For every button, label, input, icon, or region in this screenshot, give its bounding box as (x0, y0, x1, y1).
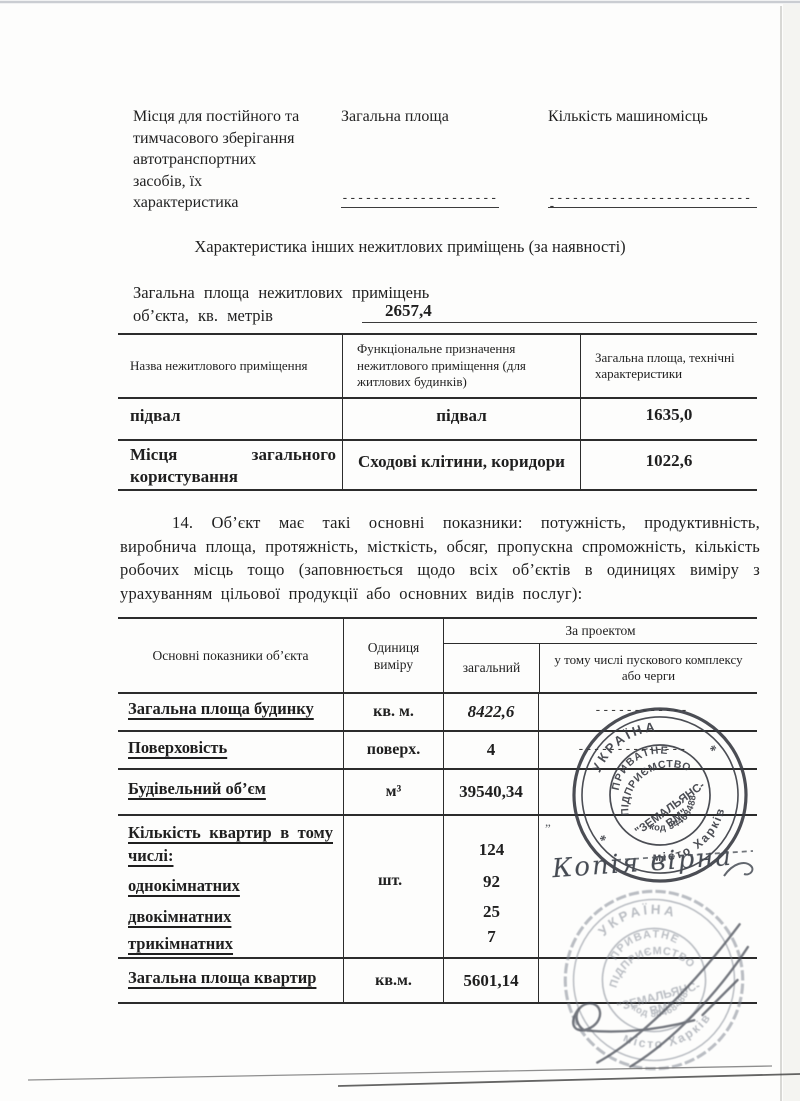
col-header-purpose: Функціональне призначення нежитлового пр… (342, 335, 580, 397)
indicator-sublabel-one-room: однокімнатних (128, 876, 240, 895)
apartments-total: 124 (444, 840, 539, 860)
indicator-label: Загальна площа будинку (128, 699, 314, 718)
table-row: Місця загального користування Сходові кл… (118, 439, 757, 489)
col-header-launch-complex: у тому числі пускового комплексу або чер… (539, 644, 757, 692)
indicator-unit: кв. м. (373, 703, 414, 721)
indicator-label: Загальна площа квартир (128, 968, 316, 987)
paragraph-14: 14. Об’єкт має такі основні показники: п… (120, 511, 760, 605)
apartments-one-room-count: 92 (444, 872, 539, 892)
scanned-document-page: Місця для постійного та тимчасового збер… (0, 0, 800, 1101)
apartments-two-room-count: 25 (444, 902, 539, 922)
indicator-unit: м³ (386, 783, 402, 801)
parking-machine-places-empty-value: --------------------------- (548, 195, 757, 208)
stray-quote-mark: „ (545, 814, 551, 830)
nonresidential-section-heading: Характеристика інших нежитлових приміщен… (90, 237, 730, 257)
indicator-label: Поверховість (128, 738, 227, 757)
indicator-unit: поверх. (367, 741, 420, 759)
round-seal-stamp-lower: УКРАЇНА місто Харків ПРИВАТНЕ ПІДПРИЄМСТ… (556, 885, 752, 1075)
indicator-unit: кв.м. (375, 972, 412, 990)
indicator-total: 39540,34 (459, 782, 523, 802)
parking-machine-places-label: Кількість машиномісць (548, 106, 708, 128)
indicator-unit: шт. (378, 872, 402, 890)
stamp-star-left-icon: * (598, 833, 612, 849)
premise-area: 1635,0 (580, 399, 757, 439)
indicator-total: 4 (487, 740, 496, 760)
indicators-table-header: Основні показники об’єкта Одиниця виміру… (118, 619, 757, 692)
premise-name: Місця загального користування (118, 441, 342, 489)
nonresidential-total-value: 2657,4 (385, 301, 432, 321)
premise-name: підвал (118, 399, 342, 439)
col-header-unit: Одиниця виміру (343, 619, 443, 692)
table-row: підвал підвал 1635,0 (118, 397, 757, 439)
col-header-name: Назва нежитлового приміщення (118, 335, 342, 397)
parking-characteristics-label: Місця для постійного та тимчасового збер… (133, 106, 343, 214)
premise-purpose: підвал (342, 399, 580, 439)
col-header-project: За проектом (444, 619, 757, 644)
indicator-total: 8422,6 (468, 702, 515, 722)
parking-total-area-empty-value: -------------------- (341, 195, 499, 208)
indicator-sublabel-two-room: двокімнатних (128, 907, 231, 926)
col-header-indicator: Основні показники об’єкта (118, 619, 343, 692)
premise-area: 1022,6 (580, 441, 757, 489)
nonresidential-table-header: Назва нежитлового приміщення Функціональ… (118, 335, 757, 397)
indicator-label: Кількість квартир в тому числі: (128, 821, 333, 867)
col-header-total: загальний (444, 644, 539, 692)
indicator-label: Будівельний об’єм (128, 779, 266, 798)
col-header-area: Загальна площа, технічні характеристики (580, 335, 757, 397)
nonresidential-table: Назва нежитлового приміщення Функціональ… (118, 333, 757, 491)
premise-purpose: Сходові клітини, коридори (342, 441, 580, 489)
apartments-three-room-count: 7 (444, 927, 539, 947)
parking-total-area-label: Загальна площа (341, 106, 449, 128)
indicator-sublabel-three-room: трикімнатних (128, 934, 233, 953)
scan-right-band (783, 4, 800, 1101)
indicator-total: 5601,14 (463, 971, 518, 991)
scan-bottom-line-2 (338, 1074, 800, 1086)
nonresidential-total-underline (362, 322, 757, 323)
